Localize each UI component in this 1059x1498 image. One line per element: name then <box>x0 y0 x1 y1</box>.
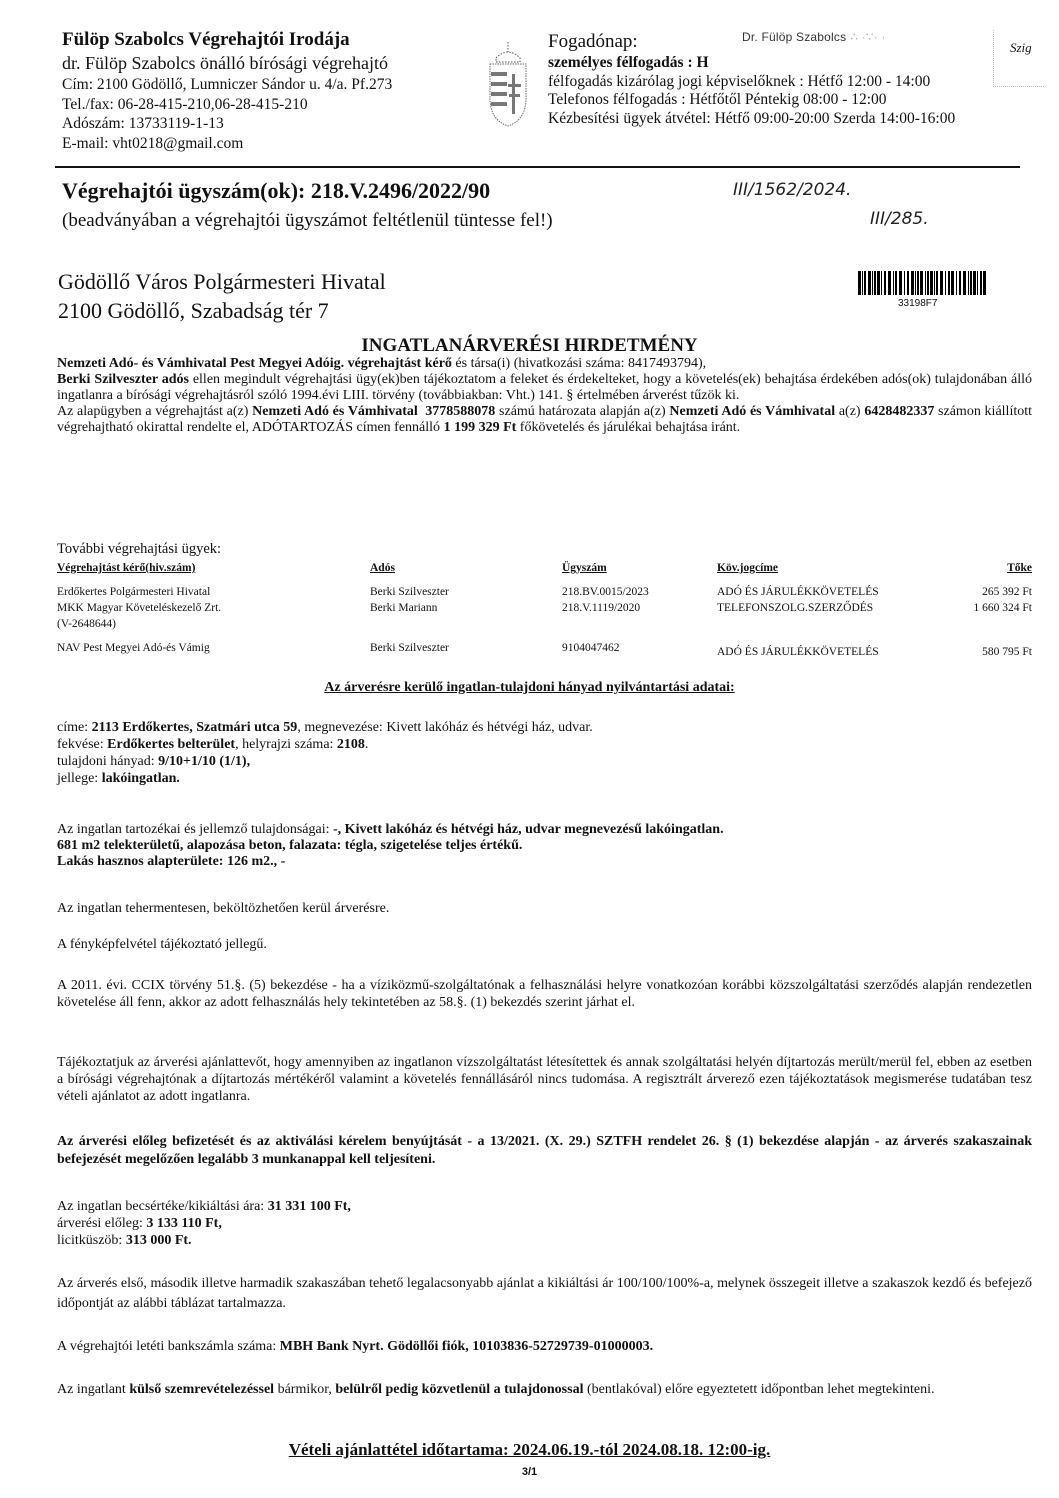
encumbrance-note: Az ingatlan tehermentesen, beköltözhetőe… <box>57 901 1032 917</box>
parcel-number: 2108 <box>337 737 365 752</box>
legal-title-cell: ADÓ ÉS JÁRULÉKKÖVETELÉS <box>717 586 879 598</box>
reception-delivery: Kézbesítési ügyek átvétel: Hétfő 09:00-2… <box>548 111 955 127</box>
debtor-line: Berki Szilveszter adós ellen megindult v… <box>57 372 1032 404</box>
header-principal: Tőke <box>1007 562 1032 574</box>
creditor-cell: NAV Pest Megyei Adó-és Vámig <box>57 642 210 654</box>
case-number: Végrehajtói ügyszám(ok): 218.V.2496/2022… <box>62 178 553 204</box>
principal-cell: 1 660 324 Ft <box>974 602 1032 614</box>
handwritten-subnumber: III/285. <box>870 209 929 229</box>
creditor-ref: és társa(i) (hivatkozási száma: 84174937… <box>452 356 706 371</box>
header-debtor: Adós <box>370 562 395 574</box>
office-phone: Tel./fax: 06-28-415-210,06-28-415-210 <box>62 97 392 113</box>
official-stamp: Dr. Fülöp Szabolcs∴ ·∵· · <box>742 30 886 44</box>
property-share: tulajdoni hányad: 9/10+1/10 (1/1), <box>57 753 1032 770</box>
signature-mark: Szig <box>1010 40 1032 56</box>
letterhead: Fülöp Szabolcs Végrehajtói Irodája dr. F… <box>62 30 392 155</box>
property-location: fekvése: Erdőkertes belterület, helyrajz… <box>57 736 1032 753</box>
addressee-address: 2100 Gödöllő, Szabadság tér 7 <box>58 296 386 325</box>
text: bármikor, <box>274 1382 335 1397</box>
basis-resolution: 3778588078 <box>425 404 495 419</box>
bailiff-name: dr. Fülöp Szabolcs önálló bírósági végre… <box>62 54 392 72</box>
basis-document: 6428482337 <box>864 404 934 419</box>
case-number-cell: 218.BV.0015/2023 <box>562 586 649 598</box>
water-info-paragraph: Tájékoztatjuk az árverési ajánlattevőt, … <box>57 1054 1032 1105</box>
basis-authority: Nemzeti Adó és Vámhivatal <box>252 404 418 419</box>
features-line: 681 m2 telekterületű, alapozása beton, f… <box>57 838 1032 854</box>
reception-personal: személyes félfogadás : H <box>548 55 955 71</box>
case-number-block: Végrehajtói ügyszám(ok): 218.V.2496/2022… <box>62 178 553 232</box>
office-tax-number: Adószám: 13733119-1-13 <box>62 116 392 132</box>
other-cases-title: További végrehajtási ügyek: <box>57 541 221 558</box>
creditor-cell: MKK Magyar Követeléskezelő Zrt. <box>57 602 221 614</box>
basis-amount: 1 199 329 Ft <box>444 420 517 435</box>
header-creditor: Végrehajtást kérő(hiv.szám) <box>57 562 195 574</box>
stamp-text: Dr. Fülöp Szabolcs <box>742 30 846 44</box>
bank-account: A végrehajtói letéti bankszámla száma: M… <box>57 1339 1032 1355</box>
addressee: Gödöllő Város Polgármesteri Hivatal 2100… <box>58 267 386 325</box>
reception-legal-reps: félfogadás kizárólag jogi képviselőknek … <box>548 74 955 90</box>
value: 2113 Erdőkertes, Szatmári utca 59 <box>92 720 298 735</box>
notice-intro: Nemzeti Adó- és Vámhivatal Pest Megyei A… <box>57 356 1032 436</box>
office-address: Cím: 2100 Gödöllő, Lumniczer Sándor u. 4… <box>62 77 392 93</box>
photo-note: A fényképfelvétel tájékoztató jellegű. <box>57 937 1032 953</box>
text: (bentlakóval) előre egyeztetett időpontb… <box>583 1382 934 1397</box>
creditor-name: Nemzeti Adó- és Vámhivatal Pest Megyei A… <box>57 356 452 371</box>
creditor-ref-cell: (V-2648644) <box>57 618 116 630</box>
text: Az ingatlant <box>57 1382 129 1397</box>
notice-title: INGATLANÁRVERÉSI HIRDETMÉNY <box>0 335 1059 357</box>
water-law-paragraph: A 2011. évi. CCIX törvény 51.§. (5) beke… <box>57 977 1032 1011</box>
label: címe: <box>57 720 92 735</box>
text-bold: belülről pedig közvetlenül a tulajdonoss… <box>335 1382 583 1397</box>
case-number-cell: 9104047462 <box>562 642 620 654</box>
deposit-amount: 3 133 110 Ft, <box>146 1216 221 1231</box>
pricing: Az ingatlan becsértéke/kikiáltási ára: 3… <box>57 1198 1032 1249</box>
viewing-paragraph: Az ingatlant külső szemrevételezéssel bá… <box>57 1381 1032 1398</box>
value-rest: , megnevezése: Kivett lakóház és hétvégi… <box>297 720 592 735</box>
legal-title-cell: ADÓ ÉS JÁRULÉKKÖVETELÉS <box>717 646 879 658</box>
bid-increment: 313 000 Ft. <box>126 1233 192 1248</box>
stages-paragraph: Az árverés első, második illetve harmadi… <box>57 1274 1032 1314</box>
header-divider <box>55 166 1020 168</box>
label: fekvése: <box>57 737 107 752</box>
label: A végrehajtói letéti bankszámla száma: <box>57 1339 280 1354</box>
property-details: címe: 2113 Erdőkertes, Szatmári utca 59,… <box>57 719 1032 787</box>
stamp-dots: ∴ ·∵· · <box>850 30 885 44</box>
basis-paragraph: Az alapügyben a végrehajtást a(z) Nemzet… <box>57 404 1032 436</box>
label: Az ingatlan tartozékai és jellemző tulaj… <box>57 822 333 837</box>
other-cases-table: Végrehajtást kérő(hiv.szám) Adós Ügyszám… <box>57 562 1032 672</box>
office-name: Fülöp Szabolcs Végrehajtói Irodája <box>62 30 392 49</box>
debtor-cell: Berki Mariann <box>370 602 437 614</box>
creditor-line: Nemzeti Adó- és Vámhivatal Pest Megyei A… <box>57 356 1032 372</box>
debtor-name: Berki Szilveszter adós <box>57 372 189 387</box>
office-email: E-mail: vht0218@gmail.com <box>62 136 392 152</box>
header-legal-title: Köv.jogcíme <box>717 562 778 574</box>
basis-text: a(z) <box>835 404 864 419</box>
legal-title-cell: TELEFONSZOLG.SZERZŐDÉS <box>717 602 873 614</box>
barcode <box>858 271 986 295</box>
addressee-name: Gödöllő Város Polgármesteri Hivatal <box>58 267 386 296</box>
value: 9/10+1/10 (1/1), <box>158 754 250 769</box>
header-case-no: Ügyszám <box>562 562 607 574</box>
basis-authority: Nemzeti Adó és Vámhivatal <box>669 404 835 419</box>
offer-period: Vételi ajánlattétel időtartama: 2024.06.… <box>0 1440 1059 1460</box>
value: Erdőkertes belterület <box>107 737 235 752</box>
debtor-text: ellen megindult végrehajtási ügy(ek)ben … <box>57 372 1032 403</box>
signature-box <box>993 30 1044 87</box>
handwritten-registration: III/1562/2024. <box>733 180 851 200</box>
page-number: 3/1 <box>0 1466 1059 1478</box>
features-line: Lakás hasznos alapterülete: 126 m2., - <box>57 854 1032 870</box>
reception-hours: Fogadónap: személyes félfogadás : H félf… <box>548 32 955 129</box>
debtor-cell: Berki Szilveszter <box>370 586 449 598</box>
asking-price: 31 331 100 Ft, <box>268 1199 351 1214</box>
principal-cell: 580 795 Ft <box>982 646 1032 658</box>
case-number-hint: (beadványában a végrehajtói ügyszámot fe… <box>62 210 553 232</box>
value: lakóingatlan. <box>102 771 180 786</box>
label: árverési előleg: <box>57 1216 146 1231</box>
label: jellege: <box>57 771 102 786</box>
property-section-title: Az árverésre kerülő ingatlan-tulajdoni h… <box>0 680 1059 696</box>
label: Az ingatlan becsértéke/kikiáltási ára: <box>57 1199 268 1214</box>
basis-text: főkövetelés és járulékai behajtása iránt… <box>516 420 740 435</box>
basis-text: számú határozata alapján a(z) <box>495 404 669 419</box>
text-bold: külső szemrevételezéssel <box>129 1382 274 1397</box>
bank-value: MBH Bank Nyrt. Gödöllői fiók, 10103836-5… <box>280 1339 653 1354</box>
hungarian-coat-of-arms-icon <box>482 40 534 130</box>
label: licitküszöb: <box>57 1233 126 1248</box>
value: -, Kivett lakóház és hétvégi ház, udvar … <box>333 822 724 837</box>
property-features: Az ingatlan tartozékai és jellemző tulaj… <box>57 822 1032 870</box>
value-rest: , helyrajzi száma: <box>235 737 337 752</box>
creditor-cell: Erdőkertes Polgármesteri Hivatal <box>57 586 210 598</box>
label: tulajdoni hányad: <box>57 754 158 769</box>
property-type: jellege: lakóingatlan. <box>57 770 1032 787</box>
deposit-rule: Az árverési előleg befizetését és az akt… <box>57 1133 1032 1169</box>
debtor-cell: Berki Szilveszter <box>370 642 449 654</box>
barcode-label: 33198F7 <box>898 298 937 309</box>
reception-phone-hours: Telefonos félfogadás : Hétfőtől Péntekig… <box>548 92 955 108</box>
case-number-cell: 218.V.1119/2020 <box>562 602 640 614</box>
basis-text: Az alapügyben a végrehajtást a(z) <box>57 404 252 419</box>
property-address: címe: 2113 Erdőkertes, Szatmári utca 59,… <box>57 719 1032 736</box>
principal-cell: 265 392 Ft <box>982 586 1032 598</box>
